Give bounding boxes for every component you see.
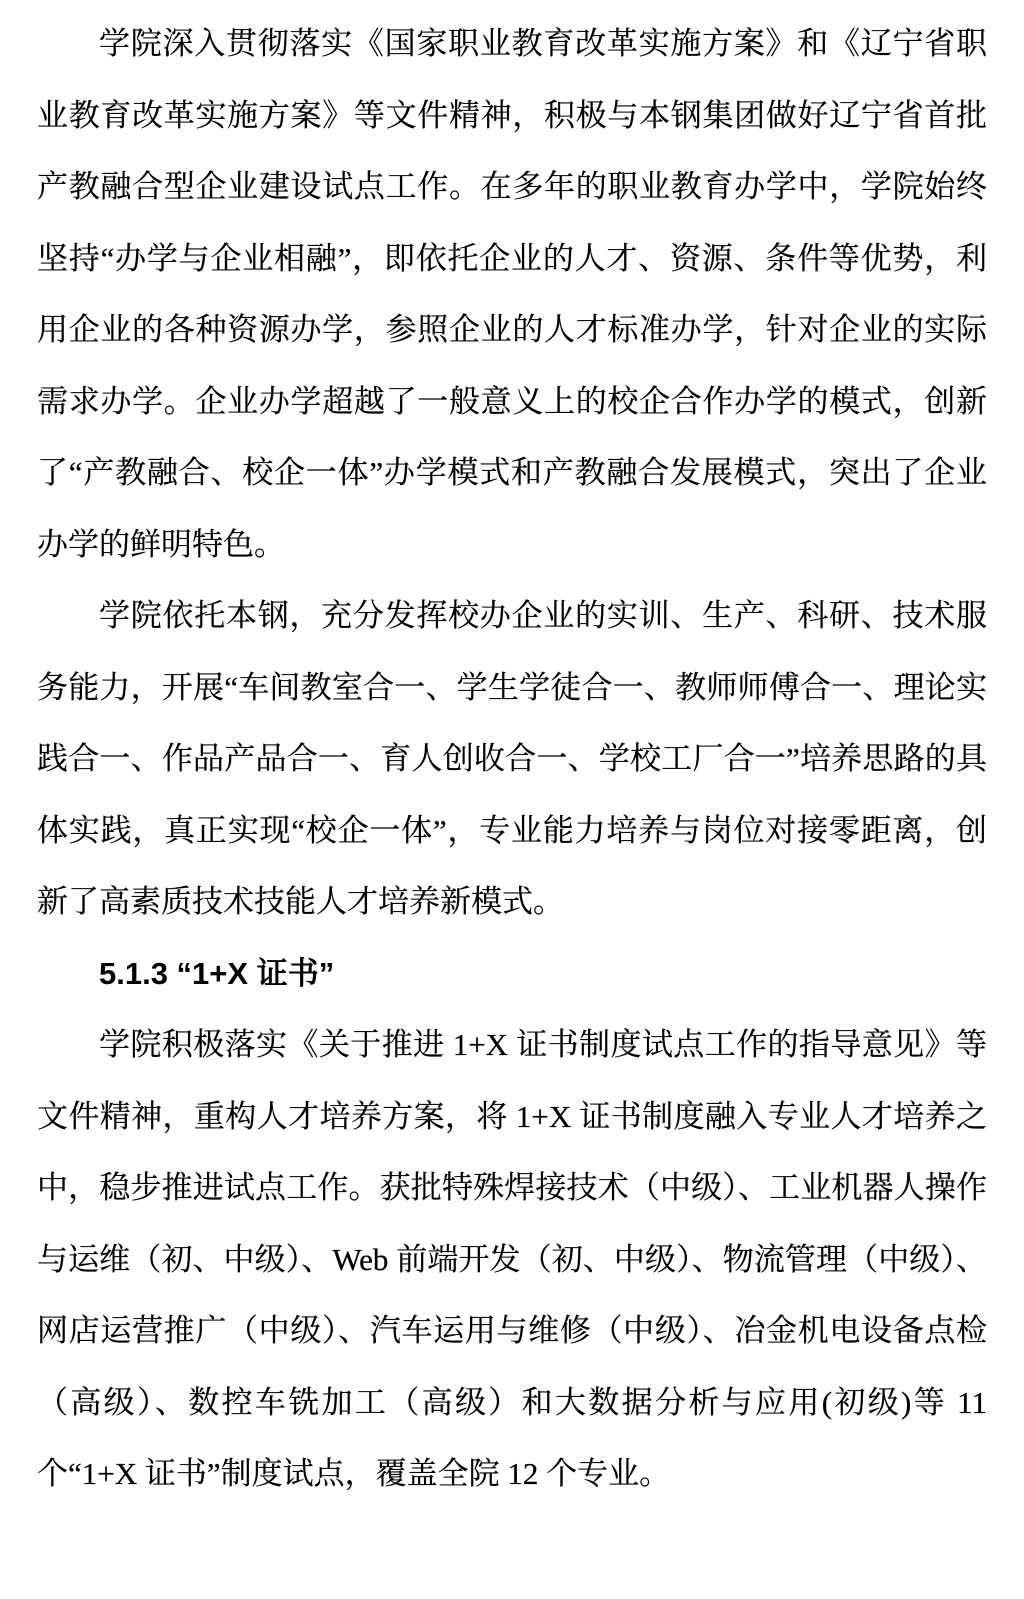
section-heading-1x-certificate: 5.1.3 “1+X 证书” <box>37 938 987 1010</box>
document-page: 学院深入贯彻落实《国家职业教育改革实施方案》和《辽宁省职业教育改革实施方案》等文… <box>0 0 1024 1599</box>
paragraph-industry-education-integration: 学院深入贯彻落实《国家职业教育改革实施方案》和《辽宁省职业教育改革实施方案》等文… <box>37 8 987 580</box>
paragraph-school-enterprise-integration: 学院依托本钢，充分发挥校办企业的实训、生产、科研、技术服务能力，开展“车间教室合… <box>37 580 987 938</box>
paragraph-1x-certificate-pilot: 学院积极落实《关于推进 1+X 证书制度试点工作的指导意见》等文件精神，重构人才… <box>37 1009 987 1510</box>
